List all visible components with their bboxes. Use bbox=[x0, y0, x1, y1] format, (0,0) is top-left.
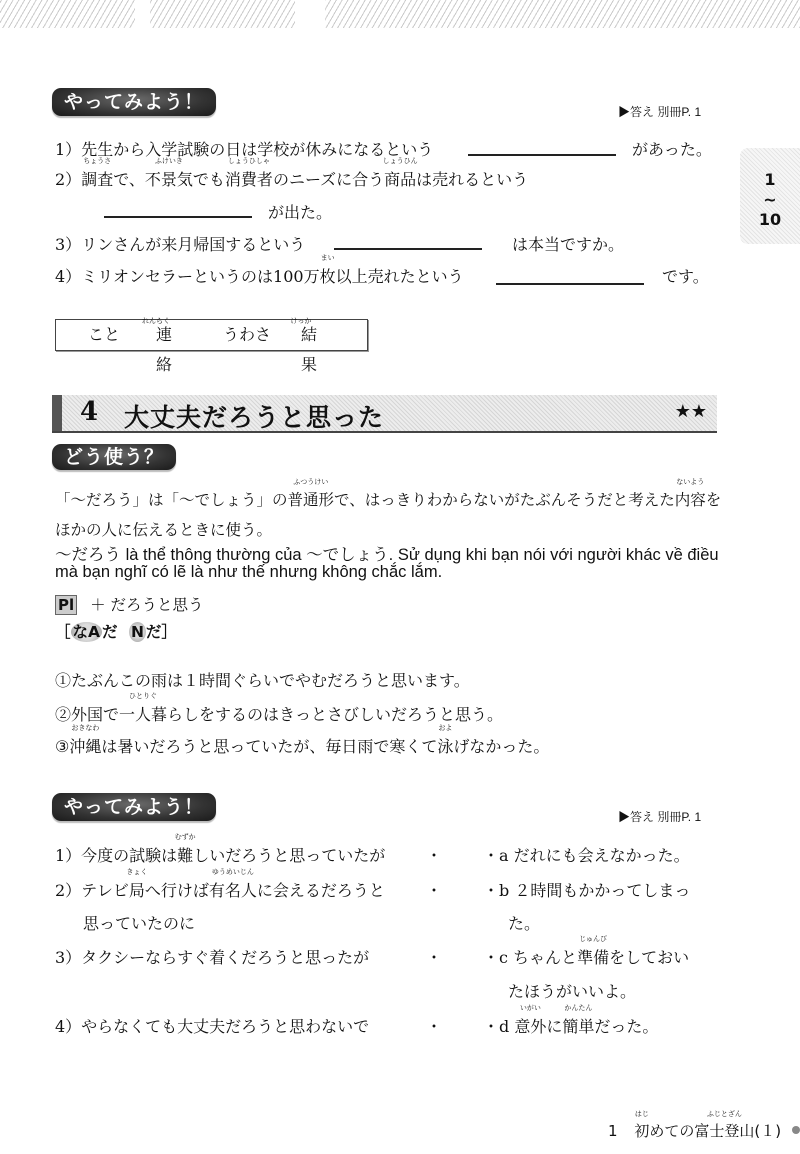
difficulty-stars-icon: ★★ bbox=[675, 401, 707, 422]
match-dot[interactable]: ・ bbox=[426, 878, 442, 901]
plain-form-tag: Pl bbox=[55, 595, 77, 615]
section-number: 4 bbox=[80, 397, 98, 427]
example-sentence-1: ①たぶんこの雨は１時間ぐらいでやむだろうと思います。 bbox=[55, 668, 470, 691]
howto-pill-label: どう使う？ bbox=[52, 444, 176, 470]
section-title: 大丈夫だろうと思った bbox=[124, 398, 384, 434]
grammar-note: ［なAだ Nだ］ bbox=[55, 620, 177, 642]
example-sentence-3: ③おきなわ沖縄は暑いだろうと思っていたが、毎日雨で寒くておよ泳げなかった。 bbox=[55, 734, 549, 757]
answer-blank-1[interactable] bbox=[468, 154, 616, 156]
explanation-vi-line2: mà bạn nghĩ có lẽ là như thế nhưng không… bbox=[55, 563, 442, 582]
answer-reference: ▶答え 別冊P. 1 bbox=[618, 103, 701, 120]
match-dot[interactable]: ・ bbox=[426, 843, 442, 866]
match-dot[interactable]: ・ bbox=[426, 1014, 442, 1037]
explanation-ja-line2: ほかの人に伝えるときに使う。 bbox=[55, 518, 272, 540]
word-choice: こと bbox=[88, 320, 120, 350]
match-left-2: 2）テレビきょく局へ行けばゆうめいじん有名人に会えるだろうと bbox=[55, 878, 385, 901]
match-right-a: ・a だれにも会えなかった。 bbox=[483, 843, 690, 866]
section-header: 4 大丈夫だろうと思った ★★ bbox=[52, 395, 717, 433]
match-right-b: ・b ２時間もかかってしまっ bbox=[483, 878, 690, 901]
word-choice-box: こと れんらく連絡 うわさ けっか結果 bbox=[55, 319, 368, 351]
page-footer: 1 はじ初めてのふじとざん富士登山(１) 19 bbox=[608, 1120, 800, 1141]
exercise1-item-4: 4）ミリオンセラーというのは100万まい枚以上売れたという bbox=[55, 264, 464, 287]
answer-blank-3[interactable] bbox=[334, 248, 482, 250]
exercise1-item-3: 3）リンさんが来月帰国するという bbox=[55, 232, 305, 255]
match-dot[interactable]: ・ bbox=[426, 945, 442, 968]
match-right-c: ・c ちゃんとじゅんび準備をしておい bbox=[483, 945, 689, 968]
match-right-c-cont: たほうがいいよ。 bbox=[508, 979, 636, 1002]
bullet-icon bbox=[792, 1126, 800, 1134]
answer-blank-4[interactable] bbox=[496, 283, 644, 285]
exercise1-item-2: 2）ちょうさ調査で、ふけいき不景気でもしょうひしゃ消費者のニーズに合うしょうひん… bbox=[55, 167, 528, 190]
answer-blank-2[interactable] bbox=[104, 216, 252, 218]
word-choice: うわさ bbox=[223, 320, 271, 350]
exercise-pill-label: やってみよう！ bbox=[52, 793, 216, 821]
match-right-b-cont: た。 bbox=[508, 911, 540, 934]
explanation-vi-line1: ～だろう là thể thông thường của ～でしょう. Sử d… bbox=[55, 541, 719, 565]
chapter-number: 1 bbox=[608, 1122, 618, 1140]
exercise1-item-4-after: です。 bbox=[662, 264, 709, 287]
match-left-2-cont: 思っていたのに bbox=[83, 911, 195, 934]
exercise-pill-label: やってみよう！ bbox=[52, 88, 216, 116]
example-sentence-2: ②外国でひとりぐ一人暮らしをするのはきっとさびしいだろうと思う。 bbox=[55, 702, 503, 725]
exercise1-item-2-after: が出た。 bbox=[268, 200, 332, 223]
chapter-range-tab: 1 ~ 10 bbox=[740, 148, 800, 244]
match-left-1: 1）今度の試験はむずか難しいだろうと思っていたが bbox=[55, 843, 385, 866]
decorative-header-pattern bbox=[0, 0, 800, 28]
match-left-4: 4）やらなくても大丈夫だろうと思わないで bbox=[55, 1014, 369, 1037]
grammar-pattern: Pl ＋ だろうと思う bbox=[55, 593, 204, 615]
answer-reference: ▶答え 別冊P. 1 bbox=[618, 808, 701, 825]
match-right-d: ・d いがい意外にかんたん簡単だった。 bbox=[483, 1014, 658, 1037]
exercise1-item-3-after: は本当ですか。 bbox=[512, 232, 624, 255]
match-left-3: 3）タクシーならすぐ着くだろうと思ったが bbox=[55, 945, 369, 968]
explanation-ja-line1: 「～だろう」は「～でしょう」のふつうけい普通形で、はっきりわからないがたぶんそう… bbox=[55, 488, 721, 510]
exercise1-item-1-after: があった。 bbox=[632, 137, 712, 160]
